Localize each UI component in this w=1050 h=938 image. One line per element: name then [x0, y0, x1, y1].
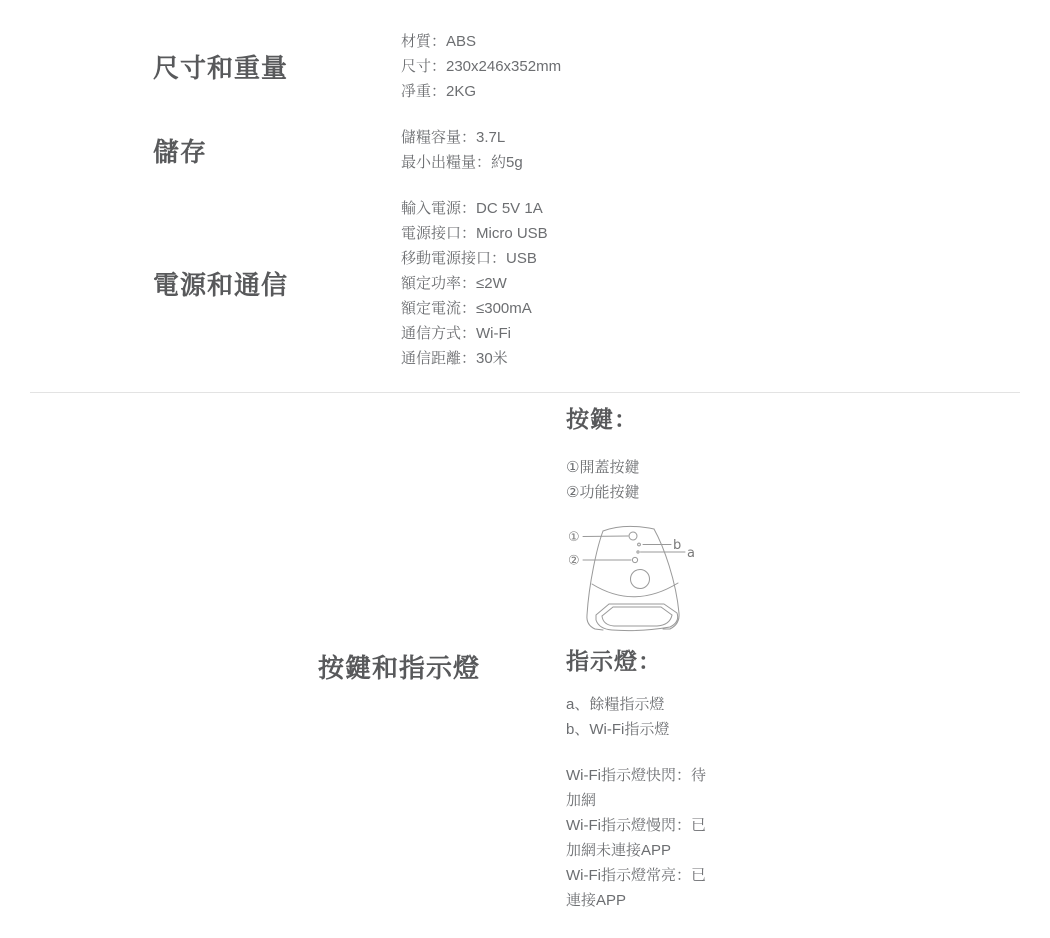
product-spec-page: 尺寸和重量 材質：ABS 尺寸：230x246x352mm 凈重：2KG 儲存 … — [0, 0, 1050, 938]
wifi-note-slow-blink: Wi-Fi指示燈慢閃：已加網未連接APP — [566, 813, 716, 863]
spec-heading-storage: 儲存 — [153, 132, 401, 169]
food-indicator-dot — [637, 551, 639, 553]
button-item-lid: ①開蓋按鍵 — [566, 455, 716, 480]
spec-values-dimensions: 材質：ABS 尺寸：230x246x352mm 凈重：2KG — [401, 29, 561, 104]
spec-line-rated-power: 額定功率：≤2W — [401, 271, 548, 296]
callout-line-circled-1 — [583, 536, 628, 537]
spec-line-input-power: 輸入電源：DC 5V 1A — [401, 196, 548, 221]
wifi-status-notes: Wi-Fi指示燈快閃：待加網 Wi-Fi指示燈慢閃：已加網未連接APP Wi-F… — [566, 763, 716, 913]
front-button-circle — [631, 570, 650, 589]
feeder-diagram-wrap: ① ② b a — [566, 523, 716, 636]
spec-line-powerbank-port: 移動電源接口：USB — [401, 246, 548, 271]
spec-line-comm-distance: 通信距離：30米 — [401, 346, 548, 371]
diagram-label-a: a — [687, 546, 695, 561]
indicators-title: 指示燈： — [566, 646, 716, 676]
buttons-title: 按鍵： — [566, 404, 716, 434]
function-button-circle — [632, 557, 637, 562]
spec-row-storage: 儲存 儲糧容量：3.7L 最小出糧量：約5g — [0, 125, 1050, 175]
wifi-note-solid: Wi-Fi指示燈常亮：已連接APP — [566, 863, 716, 913]
spec-line-net-weight: 凈重：2KG — [401, 79, 561, 104]
feeder-body-top — [603, 526, 654, 531]
diagram-label-circled-1: ① — [568, 530, 580, 545]
spec-table: 尺寸和重量 材質：ABS 尺寸：230x246x352mm 凈重：2KG 儲存 … — [0, 0, 1050, 371]
spec-values-power: 輸入電源：DC 5V 1A 電源接口：Micro USB 移動電源接口：USB … — [401, 196, 548, 371]
food-tray-inner-rim — [602, 607, 672, 616]
food-tray-inner-bowl — [602, 615, 672, 626]
buttons-indicators-content: 按鍵： ①開蓋按鍵 ②功能按鍵 — [566, 404, 716, 913]
button-item-function: ②功能按鍵 — [566, 480, 716, 505]
feeder-device-diagram: ① ② b a — [566, 523, 716, 636]
indicator-list: a、餘糧指示燈 b、Wi-Fi指示燈 — [566, 692, 716, 742]
spec-line-min-portion: 最小出糧量：約5g — [401, 150, 523, 175]
spec-line-rated-current: 額定電流：≤300mA — [401, 296, 548, 321]
spec-row-dimensions: 尺寸和重量 材質：ABS 尺寸：230x246x352mm 凈重：2KG — [0, 29, 1050, 104]
feeder-front-seam — [592, 583, 678, 597]
spec-row-power: 電源和通信 輸入電源：DC 5V 1A 電源接口：Micro USB 移動電源接… — [0, 196, 1050, 371]
indicator-item-wifi: b、Wi-Fi指示燈 — [566, 717, 716, 742]
spec-values-storage: 儲糧容量：3.7L 最小出糧量：約5g — [401, 125, 523, 175]
button-list: ①開蓋按鍵 ②功能按鍵 — [566, 455, 716, 505]
section-heading-buttons-indicators: 按鍵和指示燈 — [318, 653, 480, 683]
lid-button-circle — [629, 532, 637, 540]
spec-line-size: 尺寸：230x246x352mm — [401, 54, 561, 79]
feeder-body-left — [587, 531, 603, 630]
spec-heading-dimensions: 尺寸和重量 — [153, 48, 401, 85]
indicator-item-food: a、餘糧指示燈 — [566, 692, 716, 717]
spec-line-comm-method: 通信方式：Wi-Fi — [401, 321, 548, 346]
wifi-note-fast-blink: Wi-Fi指示燈快閃：待加網 — [566, 763, 716, 813]
spec-line-material: 材質：ABS — [401, 29, 561, 54]
wifi-indicator-dot — [638, 543, 641, 546]
diagram-label-circled-2: ② — [568, 554, 580, 569]
spec-heading-power: 電源和通信 — [153, 265, 401, 302]
spec-line-capacity: 儲糧容量：3.7L — [401, 125, 523, 150]
spec-line-power-port: 電源接口：Micro USB — [401, 221, 548, 246]
diagram-label-b: b — [673, 538, 681, 553]
food-tray-outline — [596, 604, 678, 631]
buttons-indicators-section: 按鍵和指示燈 按鍵： ①開蓋按鍵 ②功能按鍵 — [0, 393, 1050, 923]
